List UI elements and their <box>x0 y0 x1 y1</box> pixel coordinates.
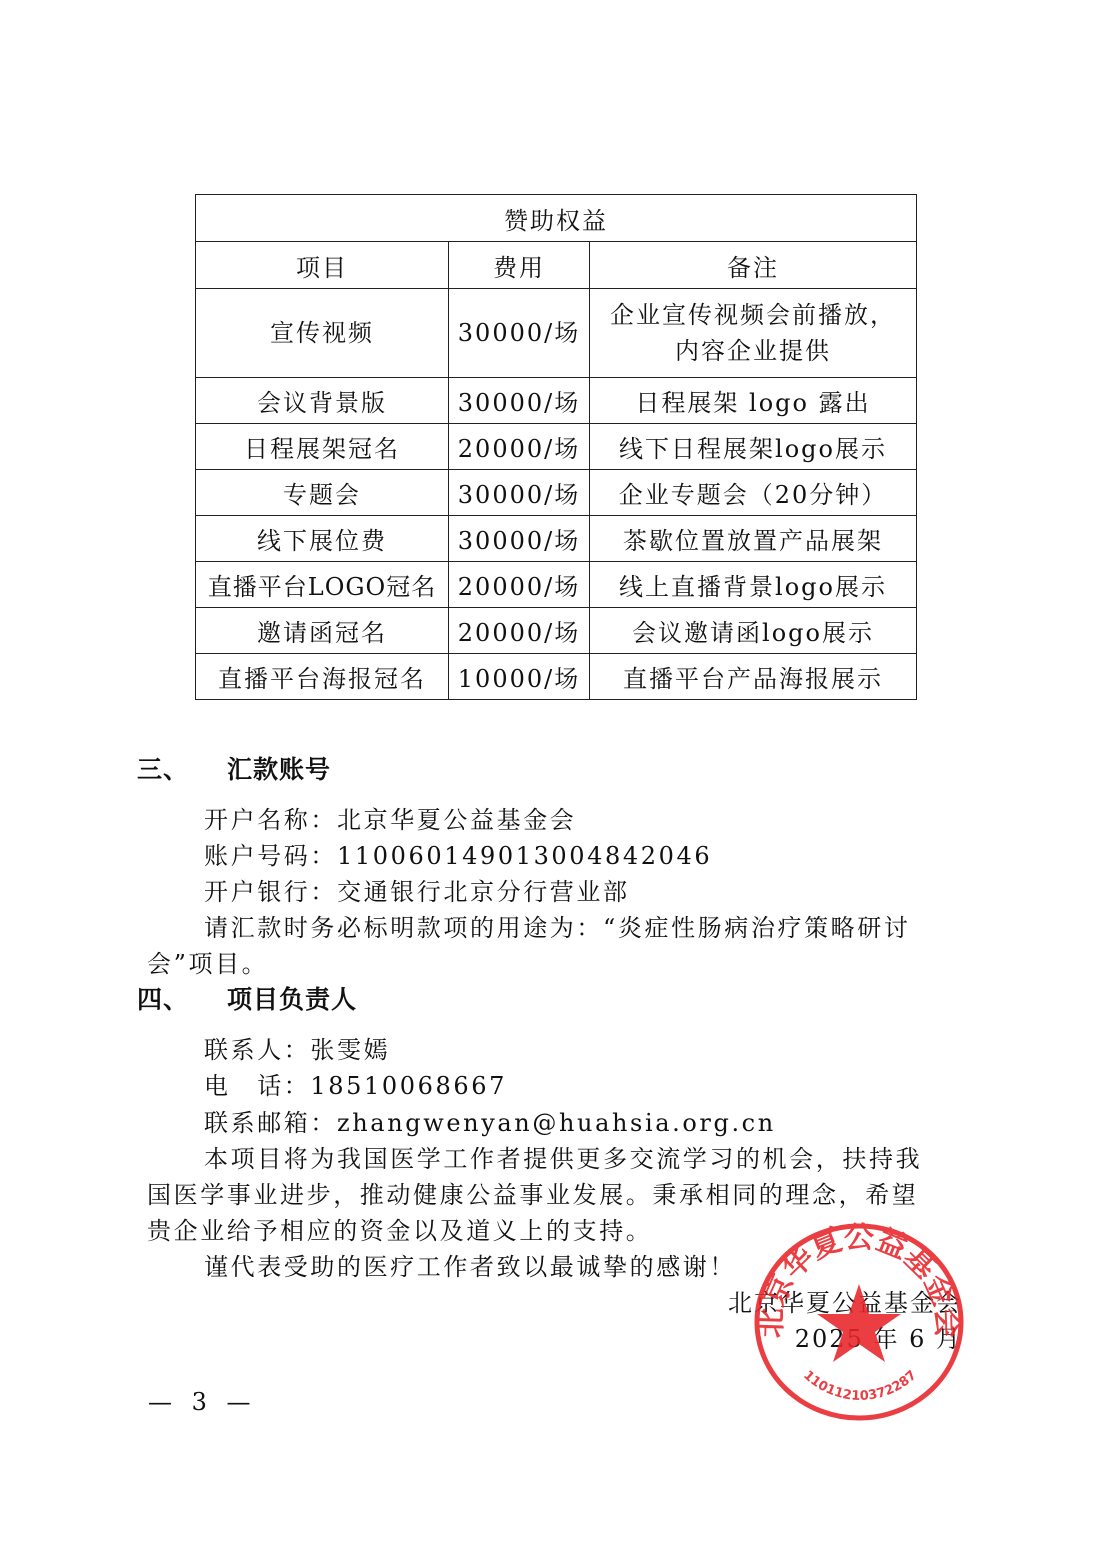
cell-item: 日程展架冠名 <box>196 424 449 470</box>
closing-paragraph: 本项目将为我国医学工作者提供更多交流学习的机会，扶持我 <box>204 1139 922 1174</box>
table-row: 会议背景版 30000/场 日程展架 logo 露出 <box>196 378 917 424</box>
cell-note: 茶歇位置放置产品展架 <box>590 516 917 562</box>
table-row: 日程展架冠名 20000/场 线下日程展架logo展示 <box>196 424 917 470</box>
cell-item: 会议背景版 <box>196 378 449 424</box>
bank-name: 开户银行：交通银行北京分行营业部 <box>204 872 630 907</box>
remittance-note: 请汇款时务必标明款项的用途为：“炎症性肠病治疗策略研讨 <box>204 908 910 943</box>
closing-paragraph-cont: 贵企业给予相应的资金以及道义上的支持。 <box>147 1211 652 1246</box>
cell-note: 会议邀请函logo展示 <box>590 608 917 654</box>
contact-email: 联系邮箱：zhangwenyan@huahsia.org.cn <box>204 1103 776 1138</box>
remittance-note-cont: 会”项目。 <box>147 944 268 979</box>
section-title: 项目负责人 <box>227 985 357 1014</box>
cell-fee: 30000/场 <box>449 516 590 562</box>
cell-fee: 10000/场 <box>449 654 590 700</box>
cell-fee: 30000/场 <box>449 470 590 516</box>
cell-note: 线下日程展架logo展示 <box>590 424 917 470</box>
column-header-item: 项目 <box>196 242 449 289</box>
table-row: 宣传视频 30000/场 企业宣传视频会前播放， 内容企业提供 <box>196 289 917 378</box>
thanks-line: 谨代表受助的医疗工作者致以最诚挚的感谢！ <box>204 1247 736 1282</box>
table-title: 赞助权益 <box>196 195 917 242</box>
cell-item: 专题会 <box>196 470 449 516</box>
contact-phone: 电 话：18510068667 <box>204 1066 507 1101</box>
section-number: 四、 <box>137 980 227 1016</box>
cell-note: 直播平台产品海报展示 <box>590 654 917 700</box>
cell-fee: 20000/场 <box>449 608 590 654</box>
table-row: 邀请函冠名 20000/场 会议邀请函logo展示 <box>196 608 917 654</box>
cell-note-line: 企业宣传视频会前播放， <box>596 297 910 333</box>
closing-paragraph-cont: 国医学事业进步，推动健康公益事业发展。秉承相同的理念，希望 <box>147 1175 918 1210</box>
cell-fee: 30000/场 <box>449 289 590 378</box>
column-header-note: 备注 <box>590 242 917 289</box>
section-heading-project-lead: 四、项目负责人 <box>137 980 357 1016</box>
contact-person: 联系人：张雯嫣 <box>204 1030 390 1065</box>
section-title: 汇款账号 <box>227 755 331 784</box>
account-name: 开户名称：北京华夏公益基金会 <box>204 800 576 835</box>
account-number: 账户号码：110060149013004842046 <box>204 836 712 871</box>
cell-item: 直播平台海报冠名 <box>196 654 449 700</box>
section-heading-remittance: 三、汇款账号 <box>137 750 331 786</box>
cell-fee: 20000/场 <box>449 424 590 470</box>
cell-item: 直播平台LOGO冠名 <box>196 562 449 608</box>
document-page: 赞助权益 项目 费用 备注 宣传视频 30000/场 企业宣传视频会前播放， 内… <box>0 0 1102 1559</box>
cell-fee: 30000/场 <box>449 378 590 424</box>
cell-note: 线上直播背景logo展示 <box>590 562 917 608</box>
column-header-fee: 费用 <box>449 242 590 289</box>
cell-note: 企业专题会（20分钟） <box>590 470 917 516</box>
table-row: 线下展位费 30000/场 茶歇位置放置产品展架 <box>196 516 917 562</box>
cell-item: 线下展位费 <box>196 516 449 562</box>
cell-fee: 20000/场 <box>449 562 590 608</box>
cell-item: 宣传视频 <box>196 289 449 378</box>
cell-note: 企业宣传视频会前播放， 内容企业提供 <box>590 289 917 378</box>
svg-text:11011210372287: 11011210372287 <box>800 1368 920 1404</box>
page-number: — 3 — <box>148 1388 257 1416</box>
cell-note: 日程展架 logo 露出 <box>590 378 917 424</box>
cell-note-line: 内容企业提供 <box>596 333 910 369</box>
table-row: 专题会 30000/场 企业专题会（20分钟） <box>196 470 917 516</box>
official-seal-icon: 北京华夏公益基金会 11011210372287 <box>752 1222 966 1422</box>
table-row: 直播平台海报冠名 10000/场 直播平台产品海报展示 <box>196 654 917 700</box>
sponsorship-table: 赞助权益 项目 费用 备注 宣传视频 30000/场 企业宣传视频会前播放， 内… <box>195 194 917 700</box>
table-row: 直播平台LOGO冠名 20000/场 线上直播背景logo展示 <box>196 562 917 608</box>
cell-item: 邀请函冠名 <box>196 608 449 654</box>
section-number: 三、 <box>137 750 227 786</box>
